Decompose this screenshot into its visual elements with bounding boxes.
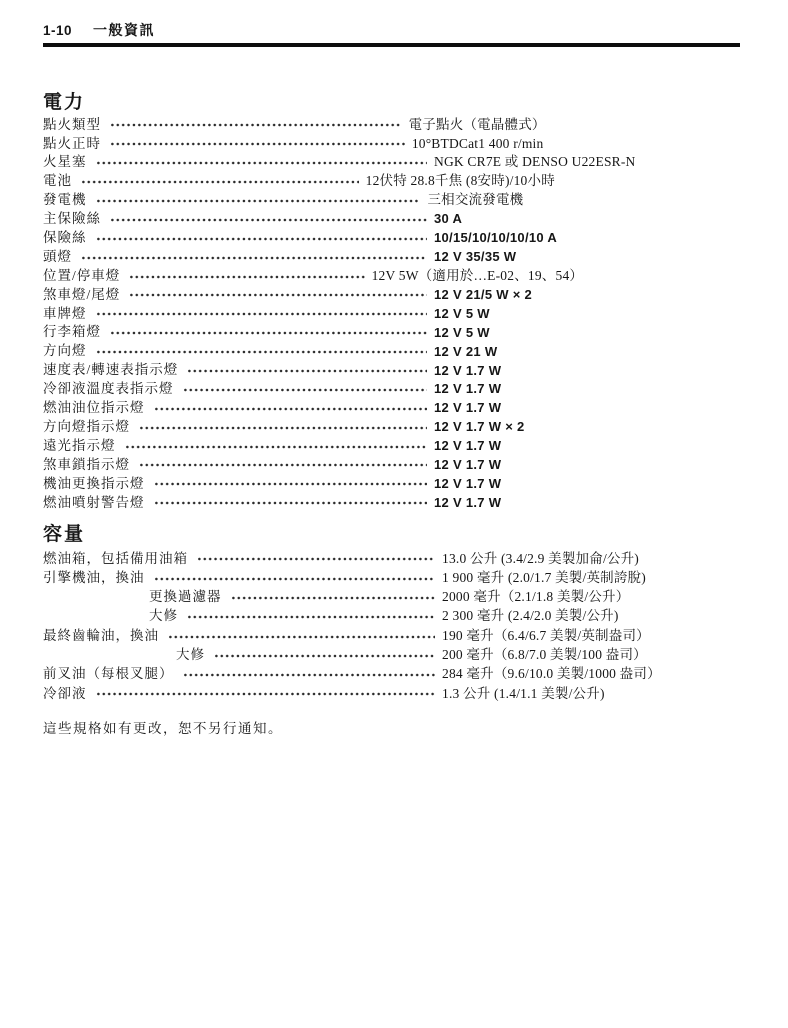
dot-leader [183,385,428,395]
spec-label: 更換過濾器 [43,590,222,604]
spec-value: 2000 毫升（2.1/1.8 美製/公升） [442,590,740,604]
page-header: 1-10 一般資訊 [43,20,740,40]
spec-value: 1.3 公升 (1.4/1.1 美製/公升) [442,687,740,701]
spec-value: 284 毫升（9.6/10.0 美製/1000 盎司） [442,667,740,681]
dot-leader [96,158,428,168]
spec-label: 頭燈 [43,250,72,264]
spec-label: 火星塞 [43,155,87,169]
spec-label: 點火正時 [43,137,101,151]
spec-value: 12 V 21/5 W × 2 [434,288,740,301]
dot-leader [154,498,428,508]
spec-label: 大修 [43,648,205,662]
spec-row: 點火正時10°BTDCat1 400 r/min [43,134,740,153]
spec-row: 大修2 300 毫升 (2.4/2.0 美製/公升) [43,607,740,626]
dot-leader [183,670,436,680]
spec-row: 電池12伏特 28.8千焦 (8安時)/10小時 [43,172,740,191]
spec-value: 12 V 5 W [434,326,740,339]
footer-note: 這些規格如有更改，恕不另行通知。 [43,717,740,737]
row-tail [546,124,740,125]
dot-leader [125,442,428,452]
spec-value: 12 V 1.7 W [434,477,740,490]
spec-label: 引擎機油，換油 [43,571,145,585]
spec-row: 前叉油（每根叉腿）284 毫升（9.6/10.0 美製/1000 盎司） [43,664,740,683]
spec-row: 發電機三相交流發電機 [43,191,740,210]
spec-value: 12 V 35/35 W [434,250,740,263]
spec-label: 煞車燈/尾燈 [43,288,120,302]
spec-value: 12 V 1.7 W × 2 [434,420,740,433]
spec-row: 火星塞NGK CR7E 或 DENSO U22ESR-N [43,153,740,172]
dot-leader [96,234,428,244]
spec-label: 前叉油（每根叉腿） [43,667,174,681]
spec-row: 車牌燈12 V 5 W [43,304,740,323]
spec-label: 冷卻液 [43,687,87,701]
spec-value: 12 V 1.7 W [434,364,740,377]
spec-value: 三相交流發電機 [427,193,523,207]
spec-row: 機油更換指示燈12 V 1.7 W [43,474,740,493]
spec-label: 燃油箱，包括備用油箱 [43,552,188,566]
dot-leader [129,290,427,300]
spec-value: 10/15/10/10/10/10 A [434,231,740,244]
spec-section: 電力點火類型電子點火（電晶體式）點火正時10°BTDCat1 400 r/min… [43,92,740,512]
spec-row: 燃油油位指示燈12 V 1.7 W [43,398,740,417]
spec-value: 12 V 1.7 W [434,439,740,452]
dot-leader [187,612,435,622]
spec-value: 12V 5W（適用於…E-02、19、54） [372,269,584,283]
spec-value: 12 V 1.7 W [434,458,740,471]
spec-sections: 電力點火類型電子點火（電晶體式）點火正時10°BTDCat1 400 r/min… [43,92,740,703]
spec-label: 機油更換指示燈 [43,477,145,491]
spec-label: 行李箱燈 [43,325,101,339]
chapter-title: 一般資訊 [93,20,155,40]
spec-value: 12 V 1.7 W [434,382,740,395]
dot-leader [139,460,427,470]
page-number: 1-10 [43,23,72,38]
spec-row: 保險絲10/15/10/10/10/10 A [43,228,740,247]
spec-rows: 燃油箱，包括備用油箱13.0 公升 (3.4/2.9 美製加侖/公升)引擎機油，… [43,549,740,703]
spec-value: 12 V 5 W [434,307,740,320]
spec-label: 最終齒輪油，換油 [43,629,159,643]
dot-leader [139,423,427,433]
spec-row: 燃油箱，包括備用油箱13.0 公升 (3.4/2.9 美製加侖/公升) [43,549,740,568]
dot-leader [96,689,436,699]
spec-value: 13.0 公升 (3.4/2.9 美製加侖/公升) [442,552,740,566]
header-rule [43,43,740,47]
spec-row: 引擎機油，換油1 900 毫升 (2.0/1.7 美製/英制誇脫) [43,568,740,587]
spec-label: 煞車鎖指示燈 [43,458,130,472]
spec-label: 位置/停車燈 [43,269,120,283]
dot-leader [154,574,436,584]
spec-label: 電池 [43,174,72,188]
spec-rows: 點火類型電子點火（電晶體式）點火正時10°BTDCat1 400 r/min火星… [43,115,740,512]
spec-label: 遠光指示燈 [43,439,116,453]
spec-label: 車牌燈 [43,307,87,321]
spec-value: 10°BTDCat1 400 r/min [412,137,544,151]
dot-leader [154,404,428,414]
manual-page: 1-10 一般資訊 電力點火類型電子點火（電晶體式）點火正時10°BTDCat1… [0,0,788,1028]
dot-leader [231,593,436,603]
spec-label: 燃油噴射警告燈 [43,496,145,510]
spec-row: 大修200 毫升（6.8/7.0 美製/100 盎司） [43,645,740,664]
dot-leader [154,479,428,489]
spec-value: 12 V 1.7 W [434,496,740,509]
spec-label: 大修 [43,609,178,623]
row-tail [523,200,740,201]
spec-label: 燃油油位指示燈 [43,401,145,415]
spec-label: 保險絲 [43,231,87,245]
spec-value: 2 300 毫升 (2.4/2.0 美製/公升) [442,609,740,623]
spec-row: 煞車燈/尾燈12 V 21/5 W × 2 [43,285,740,304]
spec-row: 主保險絲30 A [43,209,740,228]
dot-leader [187,366,427,376]
spec-value: 電子點火（電晶體式） [409,118,546,132]
spec-value: 12伏特 28.8千焦 (8安時)/10小時 [366,174,555,188]
spec-label: 方向燈指示燈 [43,420,130,434]
dot-leader [110,328,427,338]
section-title: 電力 [43,92,740,114]
dot-leader [110,215,427,225]
spec-value: 12 V 1.7 W [434,401,740,414]
spec-value: 30 A [434,212,740,225]
dot-leader [96,347,428,357]
spec-row: 燃油噴射警告燈12 V 1.7 W [43,493,740,512]
row-tail [555,181,740,182]
spec-row: 方向燈12 V 21 W [43,342,740,361]
spec-row: 點火類型電子點火（電晶體式） [43,115,740,134]
spec-value: 200 毫升（6.8/7.0 美製/100 盎司） [442,648,740,662]
spec-row: 頭燈12 V 35/35 W [43,247,740,266]
spec-value: NGK CR7E 或 DENSO U22ESR-N [434,155,740,169]
dot-leader [81,253,427,263]
spec-row: 更換過濾器2000 毫升（2.1/1.8 美製/公升） [43,587,740,606]
spec-label: 主保險絲 [43,212,101,226]
spec-label: 冷卻液溫度表指示燈 [43,382,174,396]
spec-row: 方向燈指示燈12 V 1.7 W × 2 [43,417,740,436]
spec-row: 冷卻液1.3 公升 (1.4/1.1 美製/公升) [43,684,740,703]
spec-value: 12 V 21 W [434,345,740,358]
dot-leader [96,196,421,206]
row-tail [583,275,740,276]
dot-leader [110,139,405,149]
dot-leader [81,177,359,187]
row-tail [543,143,740,144]
spec-row: 位置/停車燈12V 5W（適用於…E-02、19、54） [43,266,740,285]
spec-label: 速度表/轉速表指示燈 [43,363,178,377]
dot-leader [110,120,402,130]
spec-row: 冷卻液溫度表指示燈12 V 1.7 W [43,379,740,398]
spec-label: 方向燈 [43,344,87,358]
section-title: 容量 [43,524,740,546]
dot-leader [197,554,435,564]
spec-label: 發電機 [43,193,87,207]
spec-value: 190 毫升（6.4/6.7 美製/英制盎司） [442,629,740,643]
spec-value: 1 900 毫升 (2.0/1.7 美製/英制誇脫) [442,571,740,585]
dot-leader [129,272,364,282]
spec-row: 速度表/轉速表指示燈12 V 1.7 W [43,361,740,380]
dot-leader [96,309,428,319]
spec-row: 煞車鎖指示燈12 V 1.7 W [43,455,740,474]
dot-leader [168,632,435,642]
spec-row: 行李箱燈12 V 5 W [43,323,740,342]
spec-row: 遠光指示燈12 V 1.7 W [43,436,740,455]
spec-row: 最終齒輪油，換油190 毫升（6.4/6.7 美製/英制盎司） [43,626,740,645]
dot-leader [214,651,435,661]
spec-label: 點火類型 [43,118,101,132]
spec-section: 容量燃油箱，包括備用油箱13.0 公升 (3.4/2.9 美製加侖/公升)引擎機… [43,524,740,703]
